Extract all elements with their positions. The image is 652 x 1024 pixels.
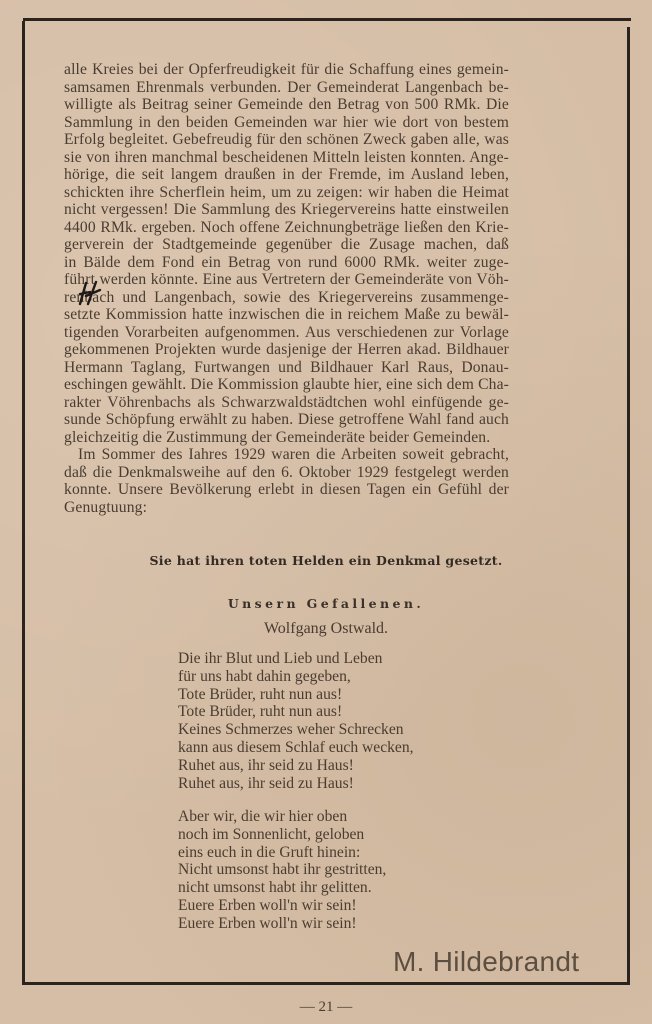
text-line: Hermann Taglang, Furtwangen und Bildhaue… xyxy=(64,359,509,377)
text-line: sunde Schöpfung erwählt zu haben. Diese … xyxy=(64,411,509,429)
verse-line: für uns habt dahin gegeben, xyxy=(178,668,414,686)
poem-stanza-2: Aber wir, die wir hier oben noch im Sonn… xyxy=(178,808,386,933)
verse-line: Die ihr Blut und Lieb und Leben xyxy=(178,650,414,668)
text-line: gerverein der Stadtgemeinde gegenüber di… xyxy=(64,236,509,254)
verse-line: noch im Sonnenlicht, geloben xyxy=(178,826,386,844)
verse-line: nicht umsonst habt ihr gelitten. xyxy=(178,879,386,897)
text-line: eschingen gewählt. Die Kommission glaubt… xyxy=(64,376,509,394)
page-number: — 21 — xyxy=(0,999,652,1016)
text-line: renbach und Langenbach, sowie des Kriege… xyxy=(64,289,509,307)
poem-stanza-1: Die ihr Blut und Lieb und Leben für uns … xyxy=(178,650,414,792)
verse-line: Nicht umsonst habt ihr gestritten, xyxy=(178,861,386,879)
text-line: hörige, die seit langem draußen in der F… xyxy=(64,166,509,184)
text-line: Sammlung in den beiden Gemeinden war hie… xyxy=(64,114,509,132)
text-line: rakter Vöhrenbachs als Schwarzwaldstädtc… xyxy=(64,394,509,412)
verse-line: Euere Erben woll'n wir sein! xyxy=(178,915,386,933)
text-line: gleichzeitig die Zustimmung der Gemeinde… xyxy=(64,429,509,447)
text-line: daß die Denkmalsweihe auf den 6. Oktober… xyxy=(64,464,509,482)
text-line: in Bälde dem Fond ein Betrag von rund 60… xyxy=(64,254,509,272)
text-line: führt werden könnte. Eine aus Vertretern… xyxy=(64,271,509,289)
text-line: nicht vergessen! Die Sammlung des Kriege… xyxy=(64,201,509,219)
text-line: samsamen Ehrenmals verbunden. Der Gemein… xyxy=(64,79,509,97)
verse-line: kann aus diesem Schlaf euch wecken, xyxy=(178,739,414,757)
frame-top-border xyxy=(23,18,631,21)
verse-line: Euere Erben woll'n wir sein! xyxy=(178,897,386,915)
text-line: sie von ihren manchmal bescheidenen Mitt… xyxy=(64,149,509,167)
text-line: setzte Kommission hatte inzwischen die i… xyxy=(64,306,509,324)
poem-author: Wolfgang Ostwald. xyxy=(0,620,652,638)
poem-title: Unsern Gefallenen. xyxy=(0,596,652,611)
frame-bottom-border xyxy=(22,982,630,985)
verse-line: Ruhet aus, ihr seid zu Haus! xyxy=(178,775,414,793)
watermark-signature: M. Hildebrandt xyxy=(393,946,579,978)
text-line: Genugtuung: xyxy=(64,499,509,517)
verse-line: Aber wir, die wir hier oben xyxy=(178,808,386,826)
text-line: konnte. Unsere Bevölkerung erlebt in die… xyxy=(64,481,509,499)
verse-line: Keines Schmerzes weher Schrecken xyxy=(178,721,414,739)
verse-line: eins euch in die Gruft hinein: xyxy=(178,844,386,862)
text-line: Im Sommer des Iahres 1929 waren die Arbe… xyxy=(64,446,509,464)
text-line: tigenden Vorarbeiten aufgenommen. Aus ve… xyxy=(64,324,509,342)
frame-left-border xyxy=(22,21,25,984)
verse-line: Tote Brüder, ruht nun aus! xyxy=(178,686,414,704)
text-line: Erfolg begleitet. Gebefreudig für den sc… xyxy=(64,131,509,149)
emphasis-line: Sie hat ihren toten Helden ein Denkmal g… xyxy=(0,553,652,568)
text-line: alle Kreies bei der Opferfreudigkeit für… xyxy=(64,61,509,79)
verse-line: Tote Brüder, ruht nun aus! xyxy=(178,703,414,721)
text-line: gekommenen Projekten wurde dasjenige der… xyxy=(64,341,509,359)
text-line: willigte als Beitrag seiner Gemeinde den… xyxy=(64,96,509,114)
text-line: 4400 RMk. ergeben. Noch offene Zeichnung… xyxy=(64,219,509,237)
handwritten-correction-mark xyxy=(76,280,102,306)
text-line: schickten ihre Scherflein heim, um zu ze… xyxy=(64,184,509,202)
verse-line: Ruhet aus, ihr seid zu Haus! xyxy=(178,757,414,775)
frame-right-border xyxy=(627,27,630,985)
body-text: alle Kreies bei der Opferfreudigkeit für… xyxy=(64,61,509,516)
